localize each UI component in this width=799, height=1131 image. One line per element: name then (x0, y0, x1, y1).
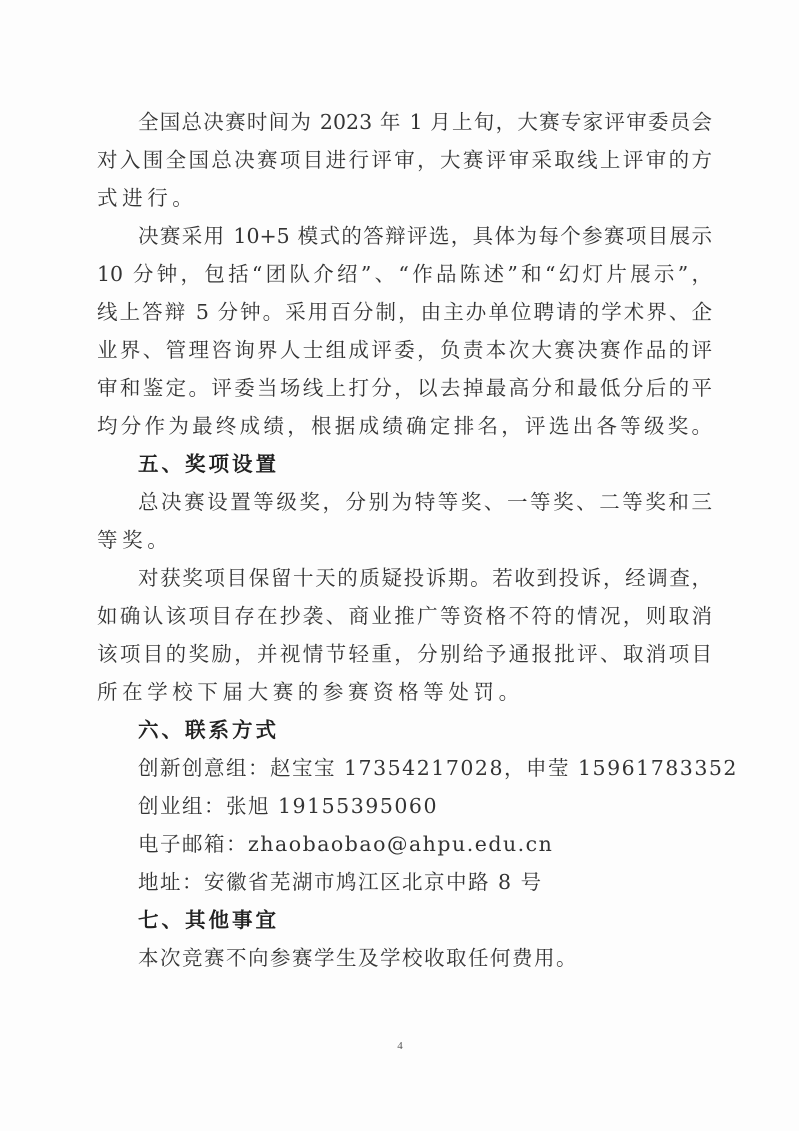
final-review-p2-line-6: 均分作为最终成绩，根据成绩确定排名，评选出各等级奖。 (97, 411, 712, 441)
final-review-p2-line-1: 决赛采用 10+5 模式的答辩评选，具体为每个参赛项目展示 (138, 221, 712, 251)
document-page: 全国总决赛时间为 2023 年 1 月上旬，大赛专家评审委员会 对入围全国总决赛… (0, 0, 799, 1131)
final-review-p1-line-2: 对入围全国总决赛项目进行评审，大赛评审采取线上评审的方 (97, 145, 712, 175)
awards-p1-line-1: 总决赛设置等级奖，分别为特等奖、一等奖、二等奖和三 (138, 487, 712, 517)
final-review-p2-line-3: 线上答辩 5 分钟。采用百分制，由主办单位聘请的学术界、企 (97, 297, 712, 327)
page-number: 4 (393, 1039, 407, 1053)
other-p1: 本次竞赛不向参赛学生及学校收取任何费用。 (138, 943, 712, 973)
contact-innovation-group: 创新创意组：赵宝宝 17354217028，申莹 15961783352 (138, 753, 712, 783)
other-heading: 七、其他事宜 (138, 905, 753, 935)
contact-address: 地址：安徽省芜湖市鸠江区北京中路 8 号 (138, 867, 712, 897)
final-review-p2-line-2: 10 分钟，包括“团队介绍”、“作品陈述”和“幻灯片展示”， (97, 259, 712, 289)
contact-email: 电子邮箱：zhaobaobao@ahpu.edu.cn (138, 829, 712, 859)
final-review-p2-line-5: 审和鉴定。评委当场线上打分，以去掉最高分和最低分后的平 (97, 373, 712, 403)
awards-heading: 五、奖项设置 (138, 449, 753, 479)
final-review-p1-line-1: 全国总决赛时间为 2023 年 1 月上旬，大赛专家评审委员会 (138, 107, 712, 137)
final-review-p2-line-4: 业界、管理咨询界人士组成评委，负责本次大赛决赛作品的评 (97, 335, 712, 365)
awards-p1-line-2: 等奖。 (97, 525, 712, 555)
contact-startup-group: 创业组：张旭 19155395060 (138, 791, 712, 821)
final-review-p1-line-3: 式进行。 (97, 183, 712, 213)
awards-p2-line-1: 对获奖项目保留十天的质疑投诉期。若收到投诉，经调查， (138, 563, 712, 593)
awards-p2-line-4: 所在学校下届大赛的参赛资格等处罚。 (97, 677, 712, 707)
awards-p2-line-3: 该项目的奖励，并视情节轻重，分别给予通报批评、取消项目 (97, 639, 712, 669)
awards-p2-line-2: 如确认该项目存在抄袭、商业推广等资格不符的情况，则取消 (97, 601, 712, 631)
contact-heading: 六、联系方式 (138, 715, 753, 745)
